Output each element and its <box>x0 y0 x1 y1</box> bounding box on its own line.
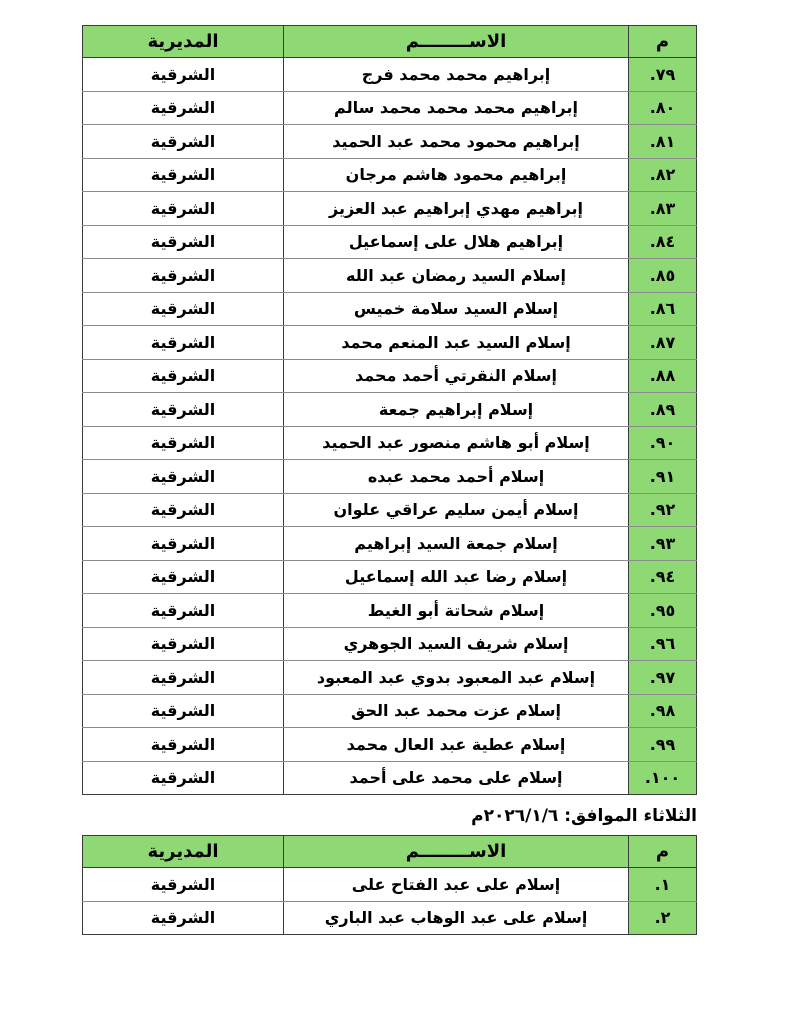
directorate-cell: الشرقية <box>83 426 284 460</box>
table-row: ٨٨.إسلام النقرتي أحمد محمدالشرقية <box>83 359 697 393</box>
table-row: ٢.إسلام على عبد الوهاب عبد الباريالشرقية <box>83 901 697 935</box>
table-row: ٩٥.إسلام شحاتة أبو الغيطالشرقية <box>83 594 697 628</box>
directorate-cell: الشرقية <box>83 627 284 661</box>
table-row: ٩٨.إسلام عزت محمد عبد الحقالشرقية <box>83 694 697 728</box>
row-number-cell: ١٠٠. <box>629 761 697 795</box>
row-number-cell: ٩٧. <box>629 661 697 695</box>
table-row: ٩٧.إسلام عبد المعبود بدوي عبد المعبودالش… <box>83 661 697 695</box>
name-cell: إسلام شحاتة أبو الغيط <box>284 594 629 628</box>
name-cell: إسلام أحمد محمد عبده <box>284 460 629 494</box>
directorate-cell: الشرقية <box>83 728 284 762</box>
table-row: ٩٣.إسلام جمعة السيد إبراهيمالشرقية <box>83 527 697 561</box>
document-page: م الاســــــــم المديرية ٧٩.إبراهيم محمد… <box>0 0 792 1024</box>
roster-table-1-body: ٧٩.إبراهيم محمد محمد فرجالشرقية٨٠.إبراهي… <box>83 58 697 795</box>
name-cell: إسلام إبراهيم جمعة <box>284 393 629 427</box>
name-cell: إسلام رضا عبد الله إسماعيل <box>284 560 629 594</box>
directorate-cell: الشرقية <box>83 259 284 293</box>
table-row: ٩٦.إسلام شريف السيد الجوهريالشرقية <box>83 627 697 661</box>
table-row: ٨٩.إسلام إبراهيم جمعةالشرقية <box>83 393 697 427</box>
column-header-name: الاســــــــم <box>284 26 629 58</box>
name-cell: إسلام أبو هاشم منصور عبد الحميد <box>284 426 629 460</box>
row-number-cell: ٢. <box>629 901 697 935</box>
table-row: ٩٤.إسلام رضا عبد الله إسماعيلالشرقية <box>83 560 697 594</box>
row-number-cell: ٧٩. <box>629 58 697 92</box>
name-cell: إبراهيم محمد محمد فرج <box>284 58 629 92</box>
name-cell: إسلام عطية عبد العال محمد <box>284 728 629 762</box>
name-cell: إبراهيم مهدي إبراهيم عبد العزيز <box>284 192 629 226</box>
roster-table-2-body: ١.إسلام على عبد الفتاح علىالشرقية٢.إسلام… <box>83 868 697 935</box>
row-number-cell: ٩١. <box>629 460 697 494</box>
roster-table-1-header: م الاســــــــم المديرية <box>83 26 697 58</box>
directorate-cell: الشرقية <box>83 694 284 728</box>
table-row: ١.إسلام على عبد الفتاح علىالشرقية <box>83 868 697 902</box>
table-row: ٩٢.إسلام أيمن سليم عراقي علوانالشرقية <box>83 493 697 527</box>
directorate-cell: الشرقية <box>83 58 284 92</box>
directorate-cell: الشرقية <box>83 901 284 935</box>
table-row: ٨٧.إسلام السيد عبد المنعم محمدالشرقية <box>83 326 697 360</box>
header-row: م الاســــــــم المديرية <box>83 26 697 58</box>
directorate-cell: الشرقية <box>83 527 284 561</box>
roster-table-2-header: م الاســــــــم المديرية <box>83 836 697 868</box>
row-number-cell: ٩٨. <box>629 694 697 728</box>
column-header-directorate: المديرية <box>83 26 284 58</box>
directorate-cell: الشرقية <box>83 460 284 494</box>
row-number-cell: ١. <box>629 868 697 902</box>
row-number-cell: ٨٢. <box>629 158 697 192</box>
row-number-cell: ٩٥. <box>629 594 697 628</box>
name-cell: إسلام عبد المعبود بدوي عبد المعبود <box>284 661 629 695</box>
directorate-cell: الشرقية <box>83 661 284 695</box>
table-row: ٨٢.إبراهيم محمود هاشم مرجانالشرقية <box>83 158 697 192</box>
row-number-cell: ٨٨. <box>629 359 697 393</box>
directorate-cell: الشرقية <box>83 192 284 226</box>
roster-table-2: م الاســــــــم المديرية ١.إسلام على عبد… <box>82 835 697 935</box>
directorate-cell: الشرقية <box>83 493 284 527</box>
name-cell: إسلام جمعة السيد إبراهيم <box>284 527 629 561</box>
name-cell: إبراهيم محمد محمد محمد سالم <box>284 91 629 125</box>
directorate-cell: الشرقية <box>83 359 284 393</box>
directorate-cell: الشرقية <box>83 868 284 902</box>
table-row: ٩٠.إسلام أبو هاشم منصور عبد الحميدالشرقي… <box>83 426 697 460</box>
row-number-cell: ٨٧. <box>629 326 697 360</box>
column-header-number: م <box>629 26 697 58</box>
name-cell: إسلام عزت محمد عبد الحق <box>284 694 629 728</box>
name-cell: إبراهيم محمود محمد عبد الحميد <box>284 125 629 159</box>
name-cell: إسلام أيمن سليم عراقي علوان <box>284 493 629 527</box>
table-row: ٨٦.إسلام السيد سلامة خميسالشرقية <box>83 292 697 326</box>
row-number-cell: ٨٤. <box>629 225 697 259</box>
column-header-directorate: المديرية <box>83 836 284 868</box>
table-row: ٨٠.إبراهيم محمد محمد محمد سالمالشرقية <box>83 91 697 125</box>
row-number-cell: ٩٢. <box>629 493 697 527</box>
row-number-cell: ٨٩. <box>629 393 697 427</box>
header-row: م الاســــــــم المديرية <box>83 836 697 868</box>
name-cell: إسلام شريف السيد الجوهري <box>284 627 629 661</box>
column-header-name: الاســــــــم <box>284 836 629 868</box>
row-number-cell: ٩٠. <box>629 426 697 460</box>
row-number-cell: ٨٥. <box>629 259 697 293</box>
name-cell: إسلام السيد عبد المنعم محمد <box>284 326 629 360</box>
name-cell: إسلام على عبد الوهاب عبد الباري <box>284 901 629 935</box>
name-cell: إسلام السيد سلامة خميس <box>284 292 629 326</box>
table-row: ٨١.إبراهيم محمود محمد عبد الحميدالشرقية <box>83 125 697 159</box>
directorate-cell: الشرقية <box>83 326 284 360</box>
name-cell: إسلام على عبد الفتاح على <box>284 868 629 902</box>
column-header-number: م <box>629 836 697 868</box>
table-row: ٨٥.إسلام السيد رمضان عبد اللهالشرقية <box>83 259 697 293</box>
table-row: ٩١.إسلام أحمد محمد عبدهالشرقية <box>83 460 697 494</box>
table-row: ٩٩.إسلام عطية عبد العال محمدالشرقية <box>83 728 697 762</box>
table-row: ١٠٠.إسلام على محمد على أحمدالشرقية <box>83 761 697 795</box>
directorate-cell: الشرقية <box>83 761 284 795</box>
row-number-cell: ٩٩. <box>629 728 697 762</box>
row-number-cell: ٨١. <box>629 125 697 159</box>
name-cell: إبراهيم هلال على إسماعيل <box>284 225 629 259</box>
directorate-cell: الشرقية <box>83 292 284 326</box>
directorate-cell: الشرقية <box>83 158 284 192</box>
directorate-cell: الشرقية <box>83 560 284 594</box>
name-cell: إبراهيم محمود هاشم مرجان <box>284 158 629 192</box>
name-cell: إسلام النقرتي أحمد محمد <box>284 359 629 393</box>
row-number-cell: ٩٦. <box>629 627 697 661</box>
directorate-cell: الشرقية <box>83 91 284 125</box>
directorate-cell: الشرقية <box>83 125 284 159</box>
table-row: ٧٩.إبراهيم محمد محمد فرجالشرقية <box>83 58 697 92</box>
row-number-cell: ٨٦. <box>629 292 697 326</box>
name-cell: إسلام على محمد على أحمد <box>284 761 629 795</box>
directorate-cell: الشرقية <box>83 594 284 628</box>
row-number-cell: ٩٣. <box>629 527 697 561</box>
directorate-cell: الشرقية <box>83 225 284 259</box>
name-cell: إسلام السيد رمضان عبد الله <box>284 259 629 293</box>
row-number-cell: ٨٠. <box>629 91 697 125</box>
directorate-cell: الشرقية <box>83 393 284 427</box>
row-number-cell: ٩٤. <box>629 560 697 594</box>
roster-table-1: م الاســــــــم المديرية ٧٩.إبراهيم محمد… <box>82 25 697 795</box>
table-row: ٨٤.إبراهيم هلال على إسماعيلالشرقية <box>83 225 697 259</box>
date-line: الثلاثاء الموافق: ٢٠٢٦/١/٦م <box>96 804 697 828</box>
table-row: ٨٣.إبراهيم مهدي إبراهيم عبد العزيزالشرقي… <box>83 192 697 226</box>
row-number-cell: ٨٣. <box>629 192 697 226</box>
